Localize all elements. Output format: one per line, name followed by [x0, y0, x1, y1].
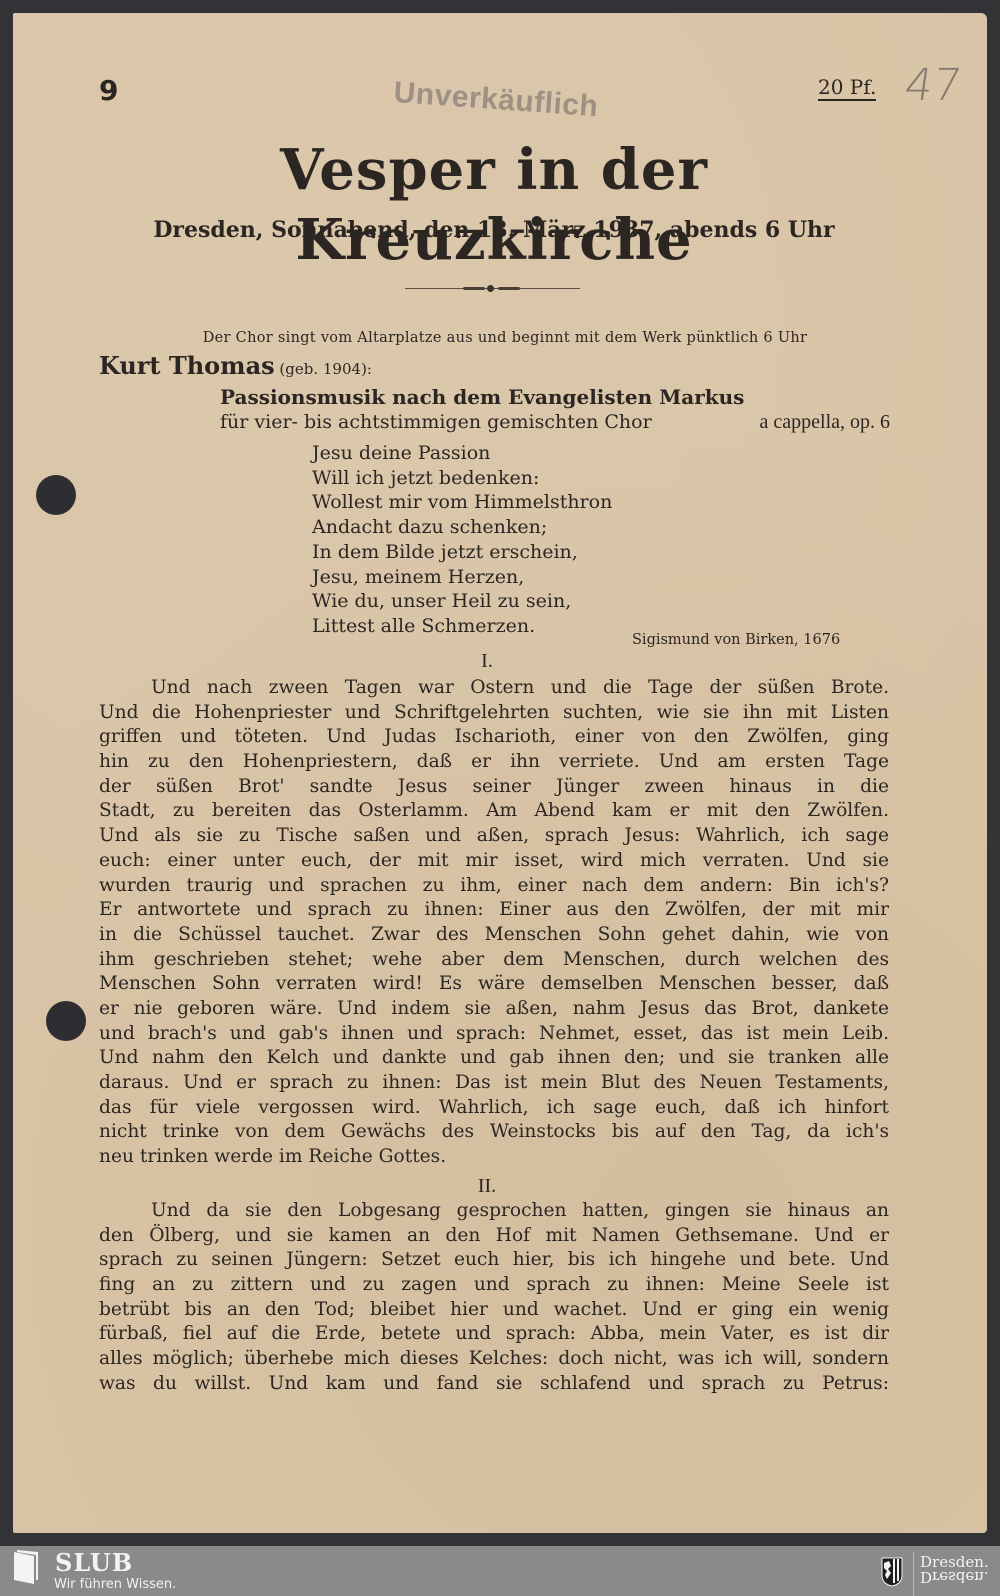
section-number: II. — [437, 1175, 537, 1198]
poem: Jesu deine Passion Will ich jetzt bedenk… — [312, 441, 612, 639]
composer-name: Kurt Thomas — [99, 351, 275, 380]
text-line: und brach's und gab's ihnen und sprach: … — [99, 1022, 889, 1047]
performance-note: Der Chor singt vom Altarplatze aus und b… — [120, 328, 890, 348]
section-text: Und nach zween Tagen war Ostern und die … — [99, 676, 889, 1170]
work-title: Passionsmusik nach dem Evangelisten Mark… — [220, 384, 744, 410]
handwritten-note: 47 — [901, 60, 964, 111]
library-tagline: Wir führen Wissen. — [54, 1577, 176, 1592]
text-line: der süßen Brot' sandte Jesus seiner Jüng… — [99, 775, 889, 800]
section-text: Und da sie den Lobgesang gesprochen hatt… — [99, 1199, 889, 1397]
punch-hole — [46, 1001, 86, 1041]
poem-line: Wollest mir vom Himmelsthron — [312, 490, 612, 515]
poem-line: Wie du, unser Heil zu sein, — [312, 589, 612, 614]
text-line: den Ölberg, und sie kamen an den Hof mit… — [99, 1224, 889, 1249]
text-line: wurden traurig und sprachen zu ihm, eine… — [99, 874, 889, 899]
page-title: Vesper in der Kreuzkirche — [99, 135, 889, 275]
viewer-footer: SLUB Wir führen Wissen. Dresden. Dresden… — [0, 1546, 1000, 1596]
text-line: neu trinken werde im Reiche Gottes. — [99, 1145, 889, 1170]
text-line: fürbaß, fiel auf die Erde, betete und sp… — [99, 1322, 889, 1347]
text-line: Und die Hohenpriester und Schriftgelehrt… — [99, 701, 889, 726]
section-number: I. — [437, 650, 537, 673]
library-name: SLUB — [55, 1548, 133, 1577]
text-line: hin zu den Hohenpriestern, daß er ihn ve… — [99, 750, 889, 775]
poem-line: In dem Bilde jetzt erschein, — [312, 540, 612, 565]
work-scoring: für vier- bis achtstimmigen gemischten C… — [220, 409, 652, 435]
text-line: Und nahm den Kelch und dankte und gab ih… — [99, 1046, 889, 1071]
text-line: sprach zu seinen Jüngern: Setzet euch hi… — [99, 1248, 889, 1273]
text-line: daraus. Und er sprach zu ihnen: Das ist … — [99, 1071, 889, 1096]
poem-line: Jesu deine Passion — [312, 441, 612, 466]
text-line: euch: einer unter euch, der mit mir isse… — [99, 849, 889, 874]
text-line: ihm geschrieben stehet; wehe aber dem Me… — [99, 948, 889, 973]
poem-line: Andacht dazu schenken; — [312, 515, 612, 540]
composer-line: Kurt Thomas (geb. 1904): — [99, 352, 372, 383]
text-line: Er antwortete und sprach zu ihnen: Einer… — [99, 898, 889, 923]
slub-book-icon — [12, 1550, 42, 1586]
text-line: Und da sie den Lobgesang gesprochen hatt… — [99, 1199, 889, 1224]
work-description: für vier- bis achtstimmigen gemischten C… — [220, 409, 890, 435]
poem-line: Littest alle Schmerzen. — [312, 614, 612, 639]
poem-line: Will ich jetzt bedenken: — [312, 466, 612, 491]
price-label: 20 Pf. — [818, 76, 876, 101]
text-line: das für viele vergossen wird. Wahrlich, … — [99, 1096, 889, 1121]
text-line: Stadt, zu bereiten das Osterlamm. Am Abe… — [99, 799, 889, 824]
text-line: Und nach zween Tagen war Ostern und die … — [99, 676, 889, 701]
text-line: nicht trinke von dem Gewächs des Weinsto… — [99, 1120, 889, 1145]
text-line: fing an zu zittern und zu zagen und spra… — [99, 1273, 889, 1298]
footer-divider — [913, 1552, 914, 1596]
text-line: alles möglich; überhebe mich dieses Kelc… — [99, 1347, 889, 1372]
text-line: griffen und töteten. Und Judas Ischariot… — [99, 725, 889, 750]
text-line: in die Schüssel tauchet. Zwar des Mensch… — [99, 923, 889, 948]
text-line: er nie geboren wäre. Und indem sie aßen,… — [99, 997, 889, 1022]
text-line: Menschen Sohn verraten wird! Es wäre dem… — [99, 972, 889, 997]
text-line: betrübt bis an den Tod; bleibet hier und… — [99, 1298, 889, 1323]
work-opus: a cappella, op. 6 — [760, 409, 891, 435]
punch-hole — [36, 475, 76, 515]
dresden-coat-of-arms-icon — [881, 1557, 903, 1587]
composer-dates: (geb. 1904): — [279, 360, 372, 378]
text-line: Und als sie zu Tische saßen und aßen, sp… — [99, 824, 889, 849]
page-number: 9 — [99, 74, 118, 107]
text-line: was du willst. Und kam und fand sie schl… — [99, 1372, 889, 1397]
ornament-divider — [405, 284, 580, 294]
poem-line: Jesu, meinem Herzen, — [312, 565, 612, 590]
event-date-line: Dresden, Sonnabend, den 13. März 1937, a… — [99, 215, 889, 245]
poem-attribution: Sigismund von Birken, 1676 — [632, 630, 840, 650]
city-name-mirror: Dresden. — [920, 1569, 989, 1585]
